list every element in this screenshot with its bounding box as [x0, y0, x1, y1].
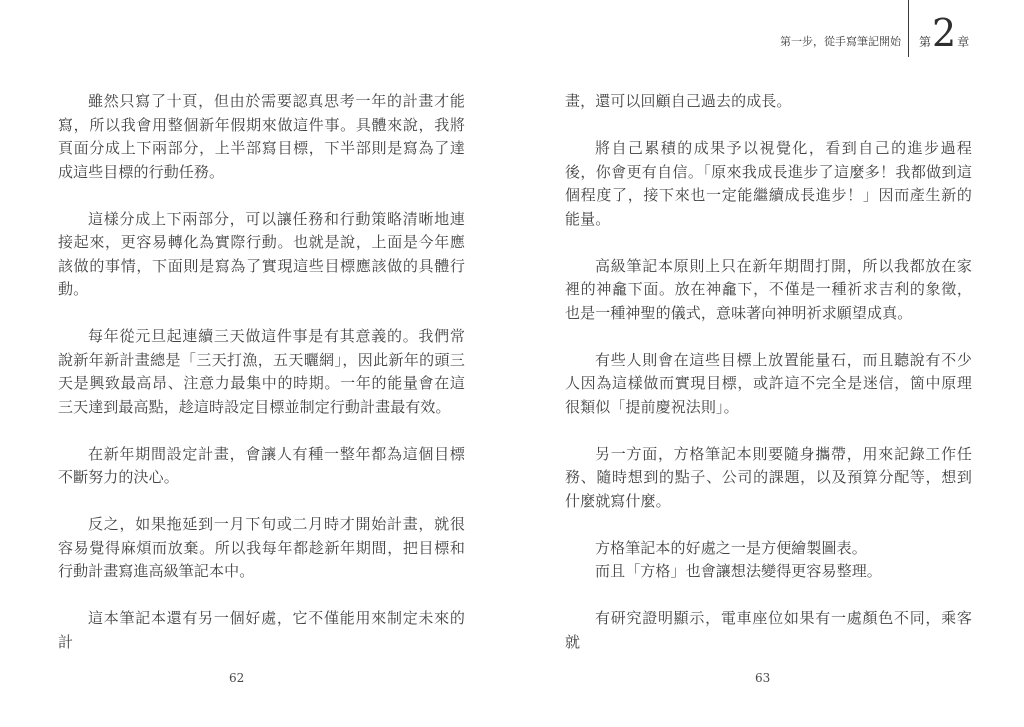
header-divider-rule	[908, 0, 909, 57]
paragraph: 高級筆記本原則上只在新年期間打開，所以我都放在家裡的神龕下面。放在神龕下，不僅是…	[565, 255, 972, 326]
paragraph: 有研究證明顯示，電車座位如果有一處顏色不同，乘客就	[565, 607, 972, 654]
chapter-marker: 第 2 章	[919, 14, 969, 61]
left-page-text-column: 雖然只寫了十頁，但由於需要認真思考一年的計畫才能寫，所以我會用整個新年假期來做這…	[58, 90, 465, 654]
page-number-right: 63	[755, 671, 770, 685]
paragraph: 有些人則會在這些目標上放置能量石，而且聽說有不少人因為這樣做而實現目標，或許這不…	[565, 349, 972, 420]
chapter-suffix: 章	[957, 23, 969, 61]
paragraph: 而且「方格」也會讓想法變得更容易整理。	[565, 560, 972, 584]
chapter-number: 2	[932, 14, 956, 52]
running-header-title: 第一步，從手寫筆記開始	[780, 33, 901, 49]
paragraph: 每年從元旦起連續三天做這件事是有其意義的。我們常說新年新計畫總是「三天打漁，五天…	[58, 325, 465, 419]
paragraph: 這本筆記本還有另一個好處，它不僅能用來制定未來的計	[58, 607, 465, 654]
paragraph: 這樣分成上下兩部分，可以讓任務和行動策略清晰地連接起來，更容易轉化為實際行動。也…	[58, 208, 465, 302]
paragraph: 雖然只寫了十頁，但由於需要認真思考一年的計畫才能寫，所以我會用整個新年假期來做這…	[58, 90, 465, 184]
book-spread: 第一步，從手寫筆記開始 第 2 章 雖然只寫了十頁，但由於需要認真思考一年的計畫…	[0, 0, 1024, 727]
right-page-text-column: 畫，還可以回顧自己過去的成長。將自己累積的成果予以視覺化，看到自己的進步過程後，…	[565, 90, 972, 654]
paragraph: 方格筆記本的好處之一是方便繪製圖表。	[565, 537, 972, 561]
paragraph: 在新年期間設定計畫，會讓人有種一整年都為這個目標不斷努力的決心。	[58, 443, 465, 490]
paragraph: 將自己累積的成果予以視覺化，看到自己的進步過程後，你會更有自信。「原來我成長進步…	[565, 137, 972, 231]
chapter-prefix: 第	[919, 23, 931, 61]
paragraph: 反之，如果拖延到一月下旬或二月時才開始計畫，就很容易覺得麻煩而放棄。所以我每年都…	[58, 513, 465, 584]
paragraph: 畫，還可以回顧自己過去的成長。	[565, 90, 972, 114]
paragraph: 另一方面，方格筆記本則要隨身攜帶，用來記錄工作任務、隨時想到的點子、公司的課題，…	[565, 443, 972, 514]
page-number-left: 62	[229, 671, 244, 685]
